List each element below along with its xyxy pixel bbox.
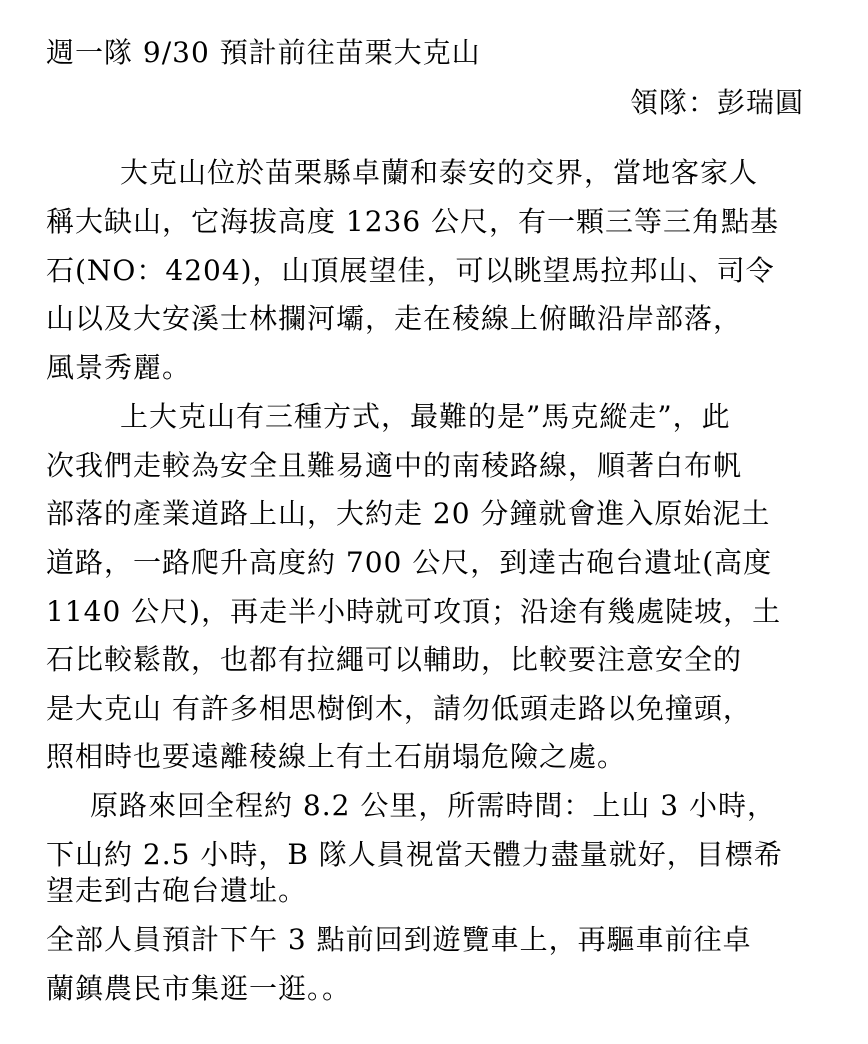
- team-leader: 領隊：彭瑞圓: [630, 86, 804, 120]
- text-line: 石(NO：4204)，山頂展望佳，可以眺望馬拉邦山、司令: [46, 254, 775, 288]
- text-line: 次我們走較為安全且難易適中的南稜路線，順著白布帆: [46, 449, 742, 483]
- text-line: 部落的產業道路上山，大約走 20 分鐘就會進入原始泥土: [46, 497, 770, 531]
- text-line: 全部人員預計下午 3 點前回到遊覽車上，再驅車前往卓: [46, 923, 752, 957]
- text-line: 石比較鬆散，也都有拉繩可以輔助，比較要注意安全的: [46, 643, 742, 677]
- text-line: 稱大缺山，它海拔高度 1236 公尺，有一顆三等三角點基: [46, 205, 779, 239]
- text-line: 1140 公尺)，再走半小時就可攻頂；沿途有幾處陡坡，土: [46, 595, 781, 629]
- text-line: 山以及大安溪士林攔河壩，走在稜線上俯瞰沿岸部落，: [46, 302, 742, 336]
- text-line: 上大克山有三種方式，最難的是”馬克縱走”，此: [46, 400, 731, 434]
- document-title: 週一隊 9/30 預計前往苗栗大克山: [46, 36, 481, 70]
- text-line: 蘭鎮農民市集逛一逛。。: [46, 972, 351, 1006]
- text-line: 風景秀麗。: [46, 351, 191, 385]
- text-line: 望走到古砲台遺址。: [46, 874, 307, 908]
- text-line: 是大克山 有許多相思樹倒木，請勿低頭走路以免撞頭，: [46, 692, 752, 726]
- text-line: 道路，一路爬升高度約 700 公尺，到達古砲台遺址(高度: [46, 546, 772, 580]
- text-line: 原路來回全程約 8.2 公里，所需時間：上山 3 小時，: [46, 789, 776, 823]
- text-line: 大克山位於苗栗縣卓蘭和泰安的交界，當地客家人: [46, 156, 758, 190]
- text-line: 下山約 2.5 小時，B 隊人員視當天體力盡量就好，目標希: [46, 838, 783, 872]
- text-line: 照相時也要遠離稜線上有土石崩塌危險之處。: [46, 740, 626, 774]
